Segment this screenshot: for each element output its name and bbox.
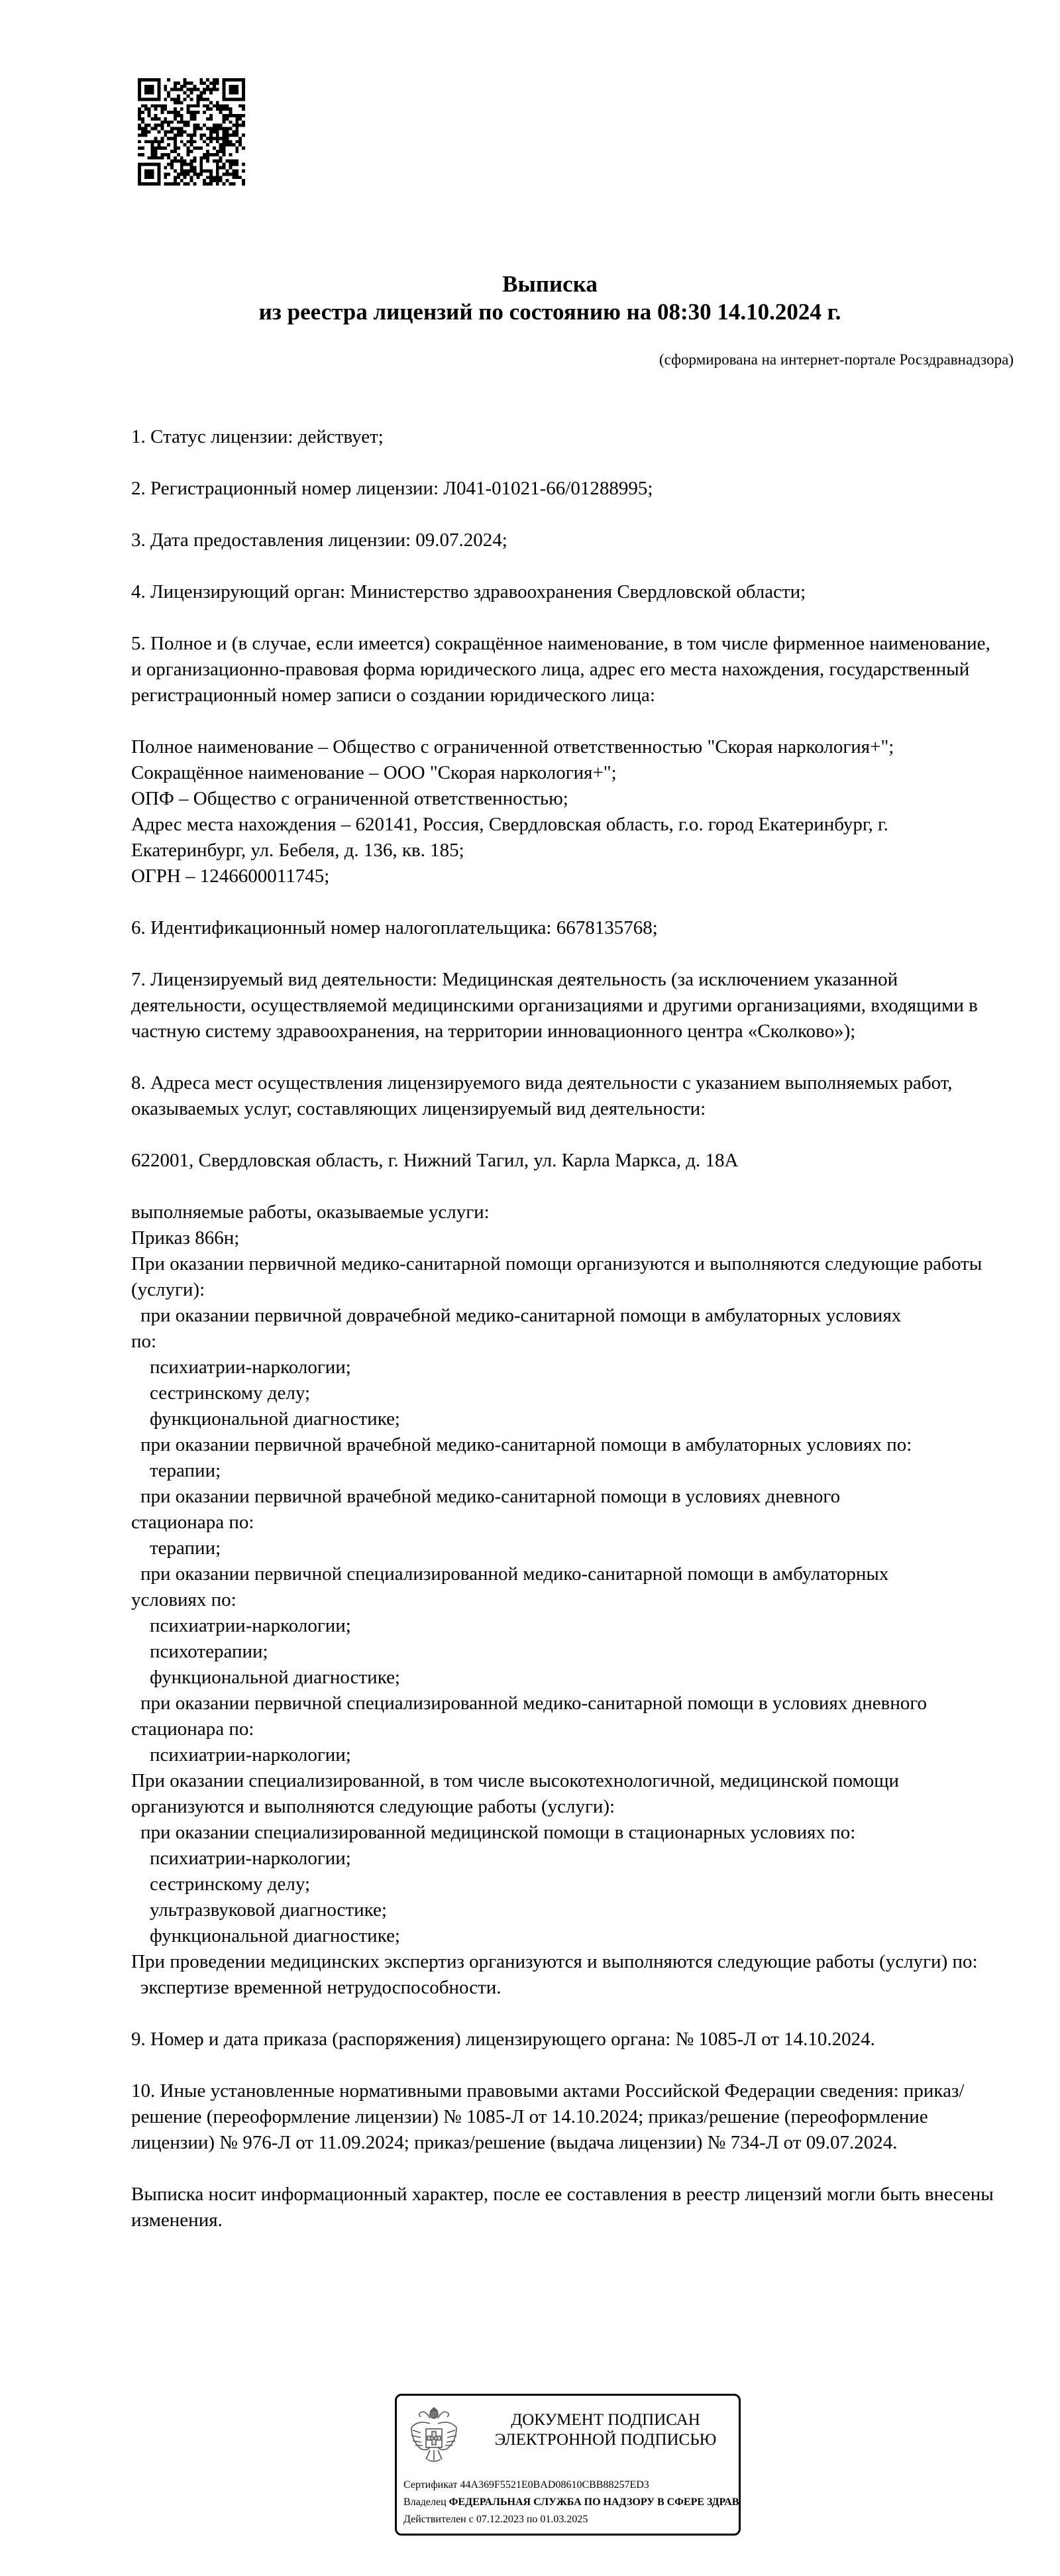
address-line1: Адрес места нахождения – 620141, Россия,…: [131, 812, 1012, 838]
license-reg-number: 2. Регистрационный номер лицензии: Л041-…: [131, 476, 1012, 502]
validity-row: Действителен с 07.12.2023 по 01.03.2025: [403, 2514, 588, 2526]
service-line: при оказании первичной врачебной медико-…: [131, 1484, 1012, 1510]
service-line: при оказании специализированной медицинс…: [131, 1820, 1012, 1846]
license-grant-date: 3. Дата предоставления лицензии: 09.07.2…: [131, 528, 1012, 553]
owner-value: ФЕДЕРАЛЬНАЯ СЛУЖБА ПО НАДЗОРУ В СФЕРЕ ЗД…: [449, 2496, 741, 2508]
service-line: ультразвуковой диагностике;: [131, 1897, 1012, 1923]
services-list: выполняемые работы, оказываемые услуги:П…: [131, 1200, 1012, 2001]
service-line: Приказ 866н;: [131, 1225, 999, 1251]
certificate-value: 44A369F5521E0BAD08610CBB88257ED3: [460, 2479, 649, 2491]
service-line: сестринскому делу;: [131, 1872, 1012, 1897]
service-line: психиатрии-наркологии;: [131, 1846, 1012, 1872]
service-line: психиатрии-наркологии;: [131, 1742, 1012, 1768]
service-line: психиатрии-наркологии;: [131, 1355, 1012, 1380]
full-name: Полное наименование – Общество с огранич…: [131, 734, 1012, 760]
double-headed-eagle-emblem-icon: [407, 2404, 460, 2467]
places-heading: 8. Адреса мест осуществления лицензируем…: [131, 1070, 999, 1122]
source-note: (сформирована на интернет-портале Росздр…: [659, 351, 1014, 368]
service-line: функциональной диагностике;: [131, 1665, 1012, 1691]
service-line: при оказании первичной специализированно…: [131, 1691, 1012, 1716]
service-line: терапии;: [131, 1458, 1012, 1484]
legal-form: ОПФ – Общество с ограниченной ответствен…: [131, 786, 1012, 812]
other-info: 10. Иные установленные нормативными прав…: [131, 2078, 1006, 2156]
place-address: 622001, Свердловская область, г. Нижний …: [131, 1148, 1012, 1174]
document-subtitle-date: из реестра лицензий по состоянию на 08:3…: [0, 296, 1060, 329]
service-line: При проведении медицинских экспертиз орг…: [131, 1949, 999, 1975]
document-body: 1. Статус лицензии: действует; 2. Регист…: [131, 424, 1012, 2233]
service-line-continuation: стационара по:: [131, 1716, 1012, 1742]
electronic-signature-stamp: ДОКУМЕНТ ПОДПИСАН ЭЛЕКТРОННОЙ ПОДПИСЬЮ С…: [395, 2394, 741, 2536]
service-line-continuation: условиях по:: [131, 1587, 1012, 1613]
service-line: экспертизе временной нетрудоспособности.: [131, 1975, 1012, 2001]
service-line: при оказании первичной врачебной медико-…: [131, 1432, 1012, 1458]
ogrn: ОГРН – 1246600011745;: [131, 864, 1012, 889]
disclaimer: Выписка носит информационный характер, п…: [131, 2182, 1006, 2233]
service-line: психиатрии-наркологии;: [131, 1613, 1012, 1639]
address-line2: Екатеринбург, ул. Бебеля, д. 136, кв. 18…: [131, 838, 1012, 864]
names-heading: 5. Полное и (в случае, если имеется) сок…: [131, 631, 992, 708]
service-line: При оказании первичной медико-санитарной…: [131, 1251, 999, 1303]
licensed-activity: 7. Лицензируемый вид деятельности: Медиц…: [131, 967, 999, 1044]
service-line: функциональной диагностике;: [131, 1406, 1012, 1432]
service-line: При оказании специализированной, в том ч…: [131, 1768, 999, 1820]
service-line: психотерапии;: [131, 1639, 1012, 1665]
signature-heading: ДОКУМЕНТ ПОДПИСАН ЭЛЕКТРОННОЙ ПОДПИСЬЮ: [476, 2410, 735, 2450]
service-line-continuation: стационара по:: [131, 1510, 1012, 1536]
service-line: сестринскому делу;: [131, 1380, 1012, 1406]
short-name: Сокращённое наименование – ООО "Скорая н…: [131, 760, 1012, 786]
service-line-continuation: по:: [131, 1329, 1012, 1355]
owner-row: Владелец ФЕДЕРАЛЬНАЯ СЛУЖБА ПО НАДЗОРУ В…: [403, 2496, 741, 2508]
license-status: 1. Статус лицензии: действует;: [131, 424, 1012, 450]
certificate-row: Сертификат 44A369F5521E0BAD08610CBB88257…: [403, 2479, 649, 2491]
order-number-date: 9. Номер и дата приказа (распоряжения) л…: [131, 2027, 1012, 2052]
service-line: терапии;: [131, 1536, 1012, 1561]
service-line: выполняемые работы, оказываемые услуги:: [131, 1200, 999, 1225]
service-line: функциональной диагностике;: [131, 1923, 1012, 1949]
inn: 6. Идентификационный номер налогоплатель…: [131, 915, 1012, 941]
service-line: при оказании первичной доврачебной медик…: [131, 1303, 1012, 1329]
licensing-authority: 4. Лицензирующий орган: Министерство здр…: [131, 579, 1012, 605]
service-line: при оказании первичной специализированно…: [131, 1561, 1012, 1587]
qr-code-icon: [138, 78, 245, 186]
